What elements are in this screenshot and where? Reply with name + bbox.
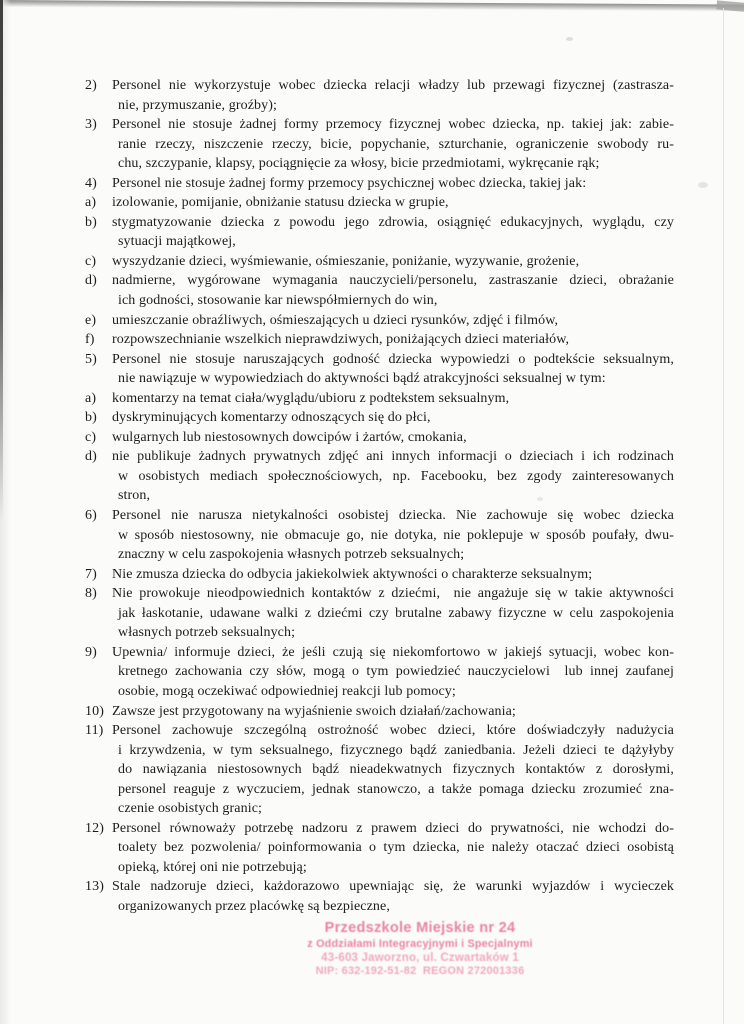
- list-item: d)nadmierne, wygórowane wymagania nauczy…: [85, 271, 674, 310]
- stamp-nip-regon: NIP: 632-192-51-82 REGON 272001336: [256, 965, 584, 978]
- item-first-line: 10)Zawsze jest przygotowany na wyjaśnien…: [85, 702, 674, 722]
- item-wrap-line: ranie rzeczy, niszczenie rzeczy, bicie, …: [85, 135, 674, 155]
- item-text: dyskryminujących komentarzy odnoszących …: [112, 410, 431, 425]
- item-text: nie publikuje żadnych prywatnych zdjęć a…: [112, 449, 674, 464]
- item-first-line: c)wulgarnych lub niestosownych dowcipów …: [85, 428, 674, 448]
- item-wrap-line: nie nawiązuje w wypowiedziach do aktywno…: [85, 369, 674, 389]
- item-wrap-line: kretnego zachowania czy słów, mogą o tym…: [85, 662, 674, 682]
- list-item: a)izolowanie, pomijanie, obniżanie statu…: [85, 193, 674, 213]
- list-item: 12)Personel równoważy potrzebę nadzoru z…: [85, 819, 674, 878]
- item-first-line: 3)Personel nie stosuje żadnej formy prze…: [85, 115, 674, 135]
- scan-speck: [698, 182, 708, 188]
- stamp-institution-subtitle: z Oddziałami Integracyjnymi i Specjalnym…: [256, 937, 584, 951]
- item-text: komentarzy na temat ciała/wyglądu/ubioru…: [112, 391, 509, 406]
- item-first-line: f)rozpowszechnianie wszelkich nieprawdzi…: [85, 330, 674, 350]
- item-wrap-line: personel reaguje z wyczuciem, jednak sta…: [85, 780, 674, 800]
- list-item: 13)Stale nadzoruje dzieci, każdorazowo u…: [85, 877, 674, 916]
- list-item: 6)Personel nie narusza nietykalności oso…: [85, 506, 674, 565]
- item-marker: 5): [85, 350, 112, 370]
- list-item: e)umieszczanie obraźliwych, ośmieszający…: [85, 311, 674, 331]
- item-first-line: b)stygmatyzowanie dziecka z powodu jego …: [85, 213, 674, 233]
- item-marker: 10): [85, 702, 112, 722]
- item-text: Nie zmusza dziecka do odbycia jakiekolwi…: [112, 567, 592, 582]
- item-first-line: 12)Personel równoważy potrzebę nadzoru z…: [85, 819, 674, 839]
- item-marker: d): [85, 447, 112, 467]
- item-wrap-line: i krzywdzenia, w tym seksualnego, fizycz…: [85, 741, 674, 761]
- item-first-line: d)nie publikuje żadnych prywatnych zdjęć…: [85, 447, 674, 467]
- item-wrap-line: znaczny w celu zaspokojenia własnych pot…: [85, 545, 674, 565]
- list-item: a)komentarzy na temat ciała/wyglądu/ubio…: [85, 389, 674, 409]
- item-first-line: d)nadmierne, wygórowane wymagania nauczy…: [85, 271, 674, 291]
- item-first-line: 5)Personel nie stosuje naruszających god…: [85, 350, 674, 370]
- item-wrap-line: w sposób niestosowny, nie obmacuje go, n…: [85, 526, 674, 546]
- item-marker: b): [85, 408, 112, 428]
- item-wrap-line: do nawiązania niestosownych bądź nieadek…: [85, 760, 674, 780]
- item-wrap-line: organizowanych przez placówkę są bezpiec…: [85, 897, 674, 917]
- item-text: Zawsze jest przygotowany na wyjaśnienie …: [112, 704, 516, 719]
- item-marker: c): [85, 252, 112, 272]
- list-item: 3)Personel nie stosuje żadnej formy prze…: [85, 115, 674, 174]
- item-text: wulgarnych lub niestosownych dowcipów i …: [112, 430, 467, 445]
- item-marker: b): [85, 213, 112, 233]
- stamp-address: 43-603 Jaworzno, ul. Czwartaków 1: [256, 951, 584, 965]
- item-marker: e): [85, 311, 112, 331]
- item-text: Personel nie stosuje żadnej formy przemo…: [112, 117, 674, 132]
- list-item: 10)Zawsze jest przygotowany na wyjaśnien…: [85, 702, 674, 722]
- item-marker: 2): [85, 76, 112, 96]
- item-text: Nie prowokuje nieodpowiednich kontaktów …: [112, 586, 674, 601]
- item-wrap-line: osobie, mogą oczekiwać odpowiedniej reak…: [85, 682, 674, 702]
- item-wrap-line: sytuacji majątkowej,: [85, 232, 674, 252]
- list-item: b)stygmatyzowanie dziecka z powodu jego …: [85, 213, 674, 252]
- item-wrap-line: czenie osobistych granic;: [85, 799, 674, 819]
- item-first-line: a)izolowanie, pomijanie, obniżanie statu…: [85, 193, 674, 213]
- item-text: Personel równoważy potrzebę nadzoru z pr…: [112, 821, 674, 836]
- item-wrap-line: toalety bez pozwolenia/ poinformowania o…: [85, 838, 674, 858]
- stamp-institution-name: Przedszkole Miejskie nr 24: [256, 920, 584, 937]
- list-item: 9)Upewnia/ informuje dzieci, że jeśli cz…: [85, 643, 674, 702]
- item-text: rozpowszechnianie wszelkich nieprawdziwy…: [112, 332, 569, 347]
- scanned-document-page: 2)Personel nie wykorzystuje wobec dzieck…: [0, 0, 744, 1024]
- item-text: Personel nie wykorzystuje wobec dziecka …: [112, 78, 674, 93]
- list-item: c)wulgarnych lub niestosownych dowcipów …: [85, 428, 674, 448]
- item-marker: 4): [85, 174, 112, 194]
- item-marker: 13): [85, 877, 112, 897]
- item-text: wyszydzanie dzieci, wyśmiewanie, ośmiesz…: [112, 254, 579, 269]
- list-item: f)rozpowszechnianie wszelkich nieprawdzi…: [85, 330, 674, 350]
- document-list: 2)Personel nie wykorzystuje wobec dzieck…: [85, 76, 674, 917]
- paper-fold-line: [723, 8, 724, 1024]
- item-marker: 6): [85, 506, 112, 526]
- item-text: izolowanie, pomijanie, obniżanie statusu…: [112, 195, 449, 210]
- item-marker: a): [85, 389, 112, 409]
- item-first-line: 13)Stale nadzoruje dzieci, każdorazowo u…: [85, 877, 674, 897]
- list-item: 8)Nie prowokuje nieodpowiednich kontaktó…: [85, 584, 674, 643]
- item-first-line: 4)Personel nie stosuje żadnej formy prze…: [85, 174, 674, 194]
- item-text: Personel nie stosuje żadnej formy przemo…: [112, 176, 586, 191]
- item-first-line: 2)Personel nie wykorzystuje wobec dzieck…: [85, 76, 674, 96]
- item-first-line: 6)Personel nie narusza nietykalności oso…: [85, 506, 674, 526]
- item-marker: 3): [85, 115, 112, 135]
- item-wrap-line: ich godności, stosowanie kar niewspółmie…: [85, 291, 674, 311]
- item-first-line: a)komentarzy na temat ciała/wyglądu/ubio…: [85, 389, 674, 409]
- scan-edge-line-left: [0, 0, 3, 520]
- item-marker: 7): [85, 565, 112, 585]
- item-marker: a): [85, 193, 112, 213]
- item-text: Personel nie narusza nietykalności osobi…: [112, 508, 674, 523]
- list-item: 5)Personel nie stosuje naruszających god…: [85, 350, 674, 389]
- list-item: 11)Personel zachowuje szczególną ostrożn…: [85, 721, 674, 819]
- item-wrap-line: jak łaskotanie, udawane walki z dziećmi …: [85, 604, 674, 624]
- item-marker: f): [85, 330, 112, 350]
- item-wrap-line: nie, przymuszanie, groźby);: [85, 96, 674, 116]
- list-item: 4)Personel nie stosuje żadnej formy prze…: [85, 174, 674, 194]
- item-wrap-line: stron,: [85, 486, 674, 506]
- list-item: d)nie publikuje żadnych prywatnych zdjęć…: [85, 447, 674, 506]
- scan-edge-shadow-top: [0, 0, 744, 12]
- scan-speck: [566, 37, 573, 41]
- item-wrap-line: własnych potrzeb seksualnych;: [85, 623, 674, 643]
- item-first-line: e)umieszczanie obraźliwych, ośmieszający…: [85, 311, 674, 331]
- item-marker: 8): [85, 584, 112, 604]
- item-wrap-line: chu, szczypanie, klapsy, pociągnięcie za…: [85, 154, 674, 174]
- item-marker: 11): [85, 721, 112, 741]
- item-wrap-line: opieką, której oni nie potrzebują;: [85, 858, 674, 878]
- institution-stamp: Przedszkole Miejskie nr 24 z Oddziałami …: [256, 920, 584, 978]
- list-item: b)dyskryminujących komentarzy odnoszącyc…: [85, 408, 674, 428]
- item-first-line: 11)Personel zachowuje szczególną ostrożn…: [85, 721, 674, 741]
- item-marker: 12): [85, 819, 112, 839]
- list-item: 7)Nie zmusza dziecka do odbycia jakiekol…: [85, 565, 674, 585]
- item-text: Upewnia/ informuje dzieci, że jeśli czuj…: [112, 645, 674, 660]
- item-text: Stale nadzoruje dzieci, każdorazowo upew…: [112, 879, 674, 894]
- item-wrap-line: w osobistych mediach społecznościowych, …: [85, 467, 674, 487]
- list-item: c)wyszydzanie dzieci, wyśmiewanie, ośmie…: [85, 252, 674, 272]
- item-first-line: 7)Nie zmusza dziecka do odbycia jakiekol…: [85, 565, 674, 585]
- item-text: stygmatyzowanie dziecka z powodu jego zd…: [112, 215, 674, 230]
- item-first-line: b)dyskryminujących komentarzy odnoszącyc…: [85, 408, 674, 428]
- item-marker: c): [85, 428, 112, 448]
- item-text: umieszczanie obraźliwych, ośmieszających…: [112, 313, 558, 328]
- item-first-line: 8)Nie prowokuje nieodpowiednich kontaktó…: [85, 584, 674, 604]
- item-first-line: c)wyszydzanie dzieci, wyśmiewanie, ośmie…: [85, 252, 674, 272]
- item-marker: d): [85, 271, 112, 291]
- item-marker: 9): [85, 643, 112, 663]
- item-text: nadmierne, wygórowane wymagania nauczyci…: [112, 273, 674, 288]
- item-text: Personel zachowuje szczególną ostrożność…: [112, 723, 674, 738]
- list-item: 2)Personel nie wykorzystuje wobec dzieck…: [85, 76, 674, 115]
- item-text: Personel nie stosuje naruszających godno…: [112, 352, 674, 367]
- item-first-line: 9)Upewnia/ informuje dzieci, że jeśli cz…: [85, 643, 674, 663]
